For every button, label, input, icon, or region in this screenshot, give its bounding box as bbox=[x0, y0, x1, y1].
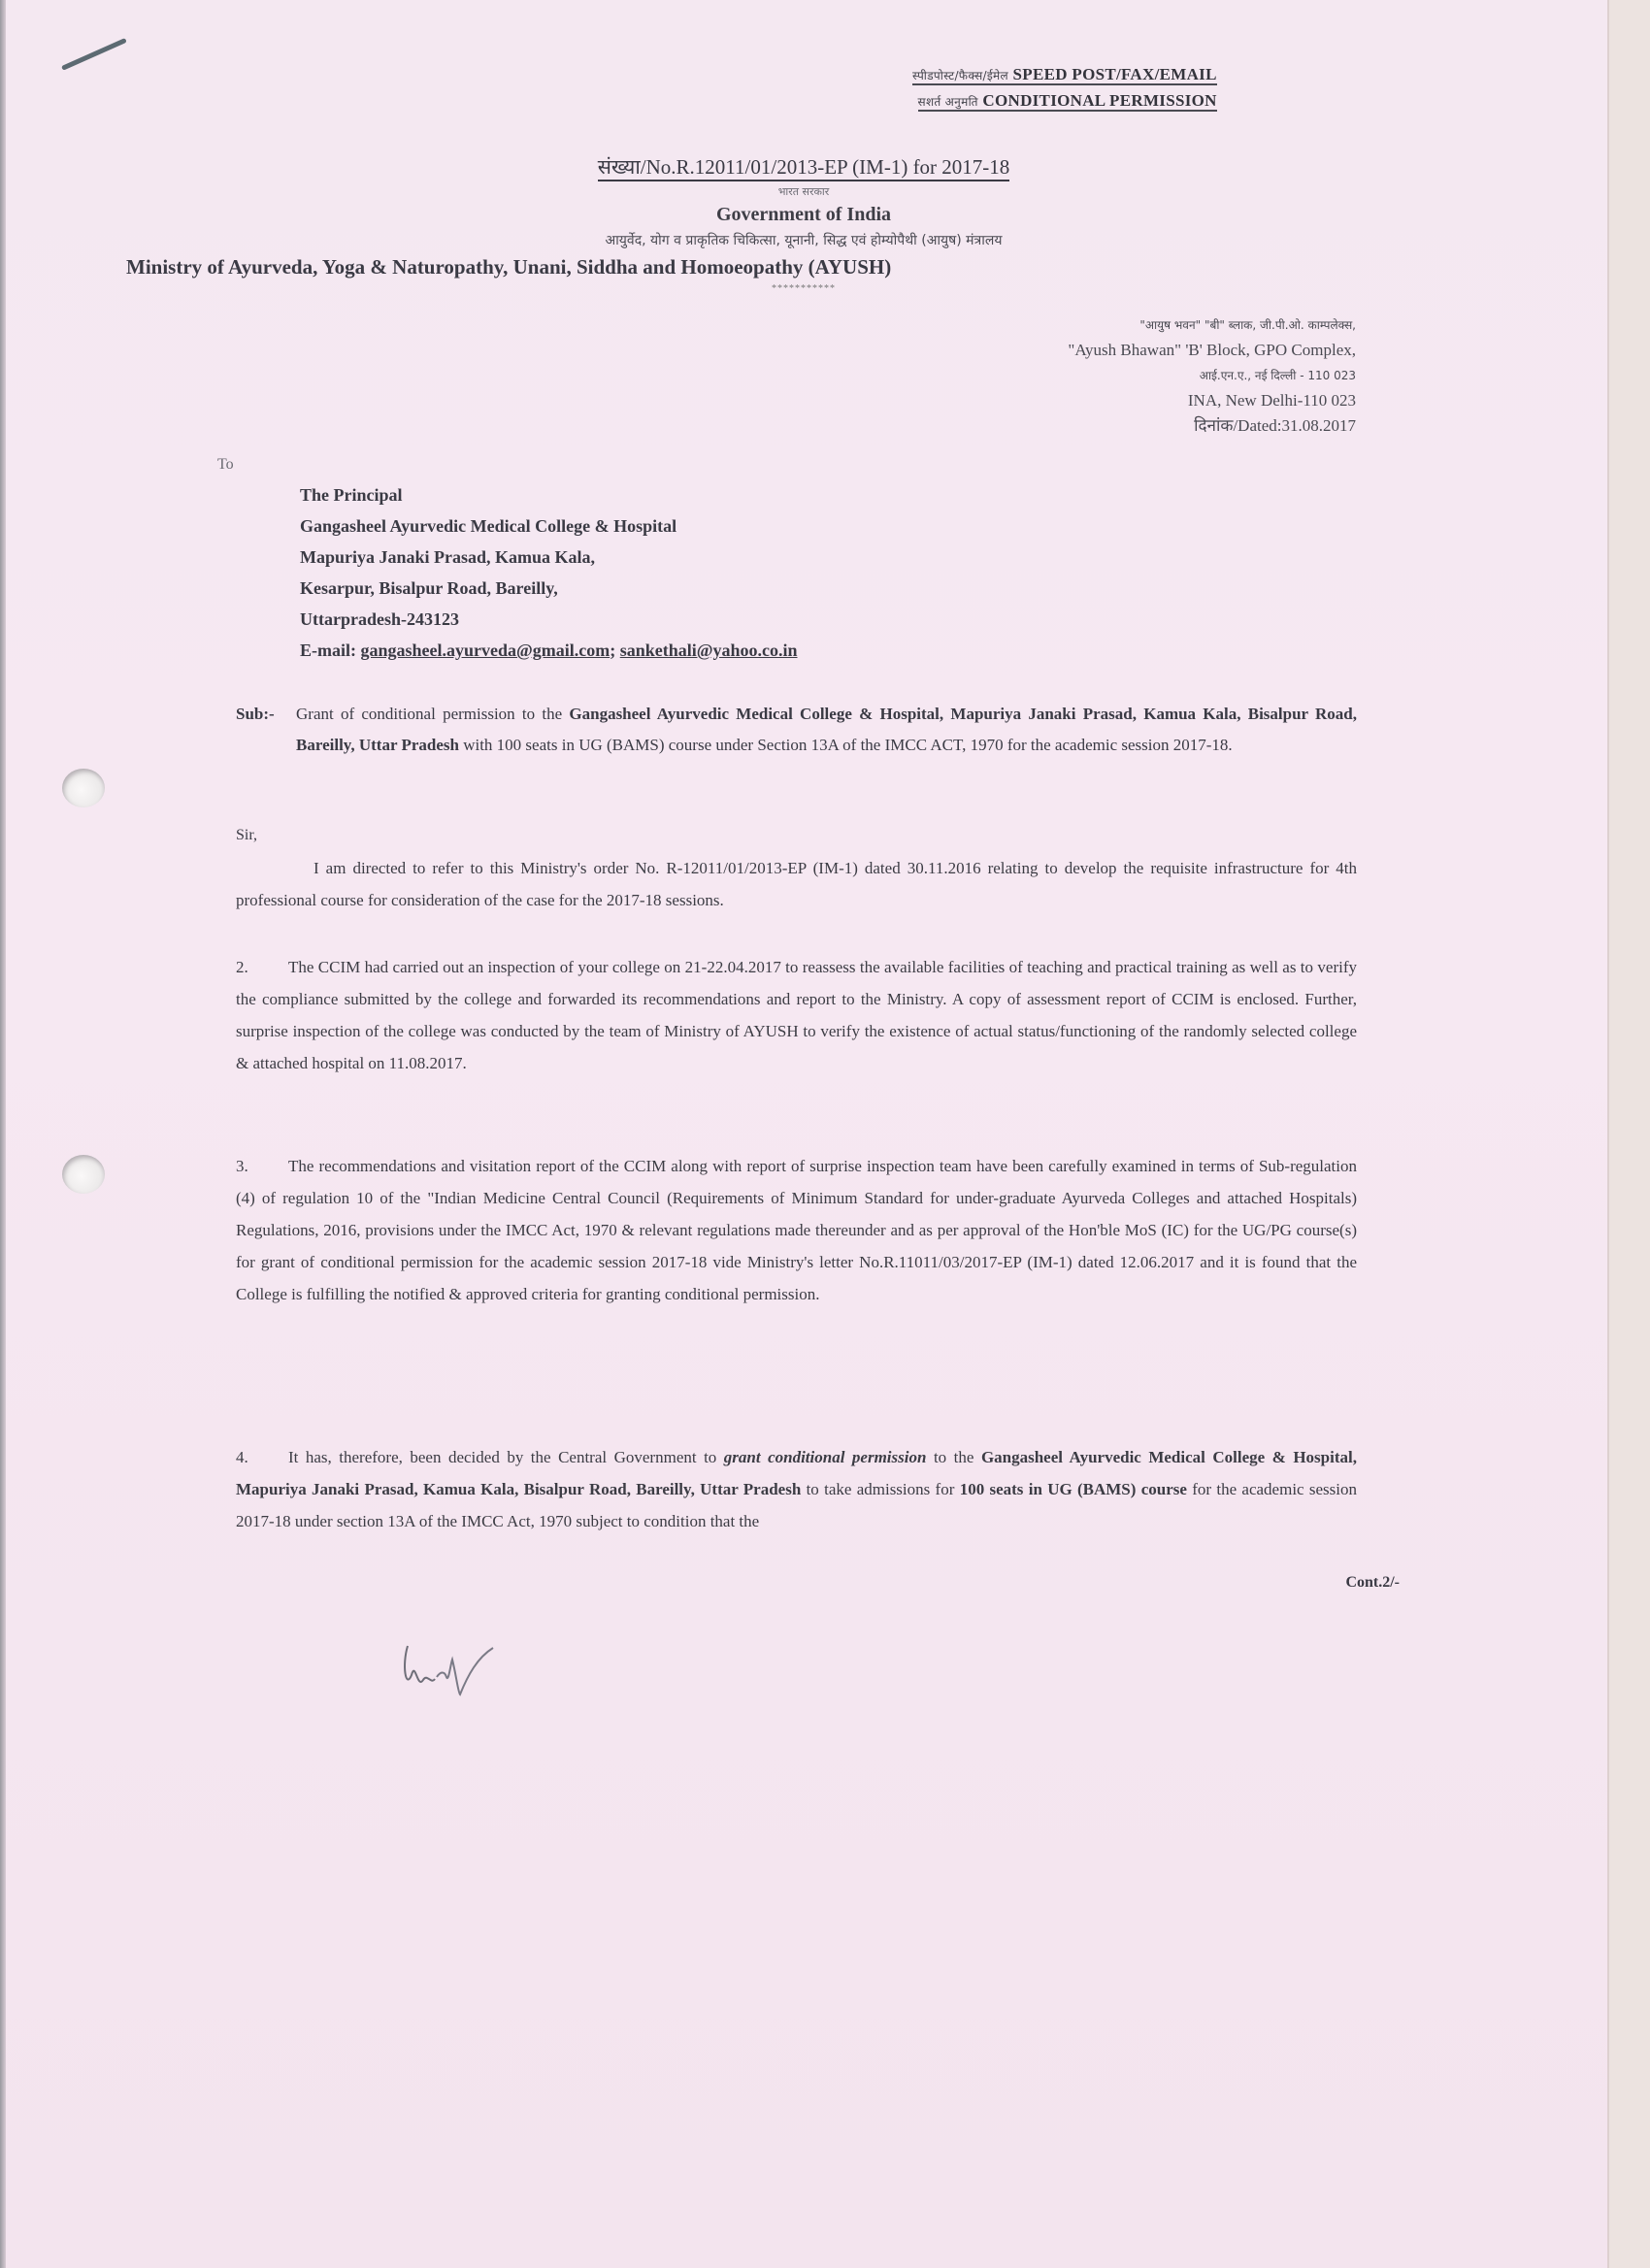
paragraph-number: 4. bbox=[236, 1441, 288, 1473]
scan-background-strip bbox=[1607, 0, 1650, 2268]
subject-text: Grant of conditional permission to the G… bbox=[296, 699, 1357, 761]
punch-hole-top bbox=[62, 769, 105, 807]
permission-type-hindi: सशर्त अनुमति bbox=[918, 95, 978, 109]
paragraph-3: 3.The recommendations and visitation rep… bbox=[236, 1150, 1357, 1310]
address-line-4: INA, New Delhi-110 023 bbox=[1068, 388, 1356, 413]
government-title: Government of India bbox=[0, 204, 1607, 226]
subject-block: Sub:- Grant of conditional permission to… bbox=[236, 699, 1357, 761]
to-label: To bbox=[217, 456, 234, 474]
page-left-edge bbox=[0, 0, 6, 2268]
address-line-2: "Ayush Bhawan" 'B' Block, GPO Complex, bbox=[1068, 338, 1356, 363]
recipient-email-line: E-mail: gangasheel.ayurveda@gmail.com; s… bbox=[300, 635, 798, 666]
email-link-1[interactable]: gangasheel.ayurveda@gmail.com bbox=[361, 641, 610, 660]
reference-number: संख्या/No.R.12011/01/2013-EP (IM-1) for … bbox=[0, 153, 1607, 181]
ministry-title: Ministry of Ayurveda, Yoga & Naturopathy… bbox=[126, 255, 891, 279]
paragraph-number: 3. bbox=[236, 1150, 288, 1182]
signature-initials bbox=[388, 1636, 505, 1704]
recipient-line: Uttarpradesh-243123 bbox=[300, 604, 798, 635]
sender-address: "आयुष भवन" "बी" ब्लाक, जी.पी.ओ. काम्पलेक… bbox=[1068, 312, 1356, 439]
date-line: दिनांक/Dated:31.08.2017 bbox=[1068, 413, 1356, 439]
document-page bbox=[0, 0, 1607, 2268]
paragraph-2: 2.The CCIM had carried out an inspection… bbox=[236, 951, 1357, 1079]
dispatch-stamp: स्पीडपोस्ट/फैक्स/ईमेल SPEED POST/FAX/EMA… bbox=[912, 62, 1217, 115]
dispatch-mode-hindi: स्पीडपोस्ट/फैक्स/ईमेल bbox=[912, 69, 1008, 82]
paragraph-number: 2. bbox=[236, 951, 288, 983]
paragraph-4: 4.It has, therefore, been decided by the… bbox=[236, 1441, 1357, 1537]
address-line-3-hindi: आई.एन.ए., नई दिल्ली - 110 023 bbox=[1068, 363, 1356, 388]
government-hindi: भारत सरकार bbox=[0, 184, 1607, 199]
permission-type: CONDITIONAL PERMISSION bbox=[982, 91, 1216, 110]
email-label: E-mail: bbox=[300, 641, 356, 660]
ministry-hindi: आयुर्वेद, योग व प्राकृतिक चिकित्सा, यूना… bbox=[0, 231, 1607, 249]
recipient-block: The Principal Gangasheel Ayurvedic Medic… bbox=[300, 479, 798, 666]
recipient-line: The Principal bbox=[300, 479, 798, 510]
email-link-2[interactable]: sankethali@yahoo.co.in bbox=[620, 641, 798, 660]
recipient-line: Kesarpur, Bisalpur Road, Bareilly, bbox=[300, 573, 798, 604]
subject-label: Sub:- bbox=[236, 699, 275, 730]
address-line-1-hindi: "आयुष भवन" "बी" ब्लाक, जी.पी.ओ. काम्पलेक… bbox=[1068, 312, 1356, 338]
paragraph-1: I am directed to refer to this Ministry'… bbox=[236, 852, 1357, 916]
separator-stars: *********** bbox=[0, 283, 1607, 294]
salutation: Sir, bbox=[236, 827, 257, 844]
punch-hole-bottom bbox=[62, 1155, 105, 1194]
recipient-line: Gangasheel Ayurvedic Medical College & H… bbox=[300, 510, 798, 542]
dispatch-mode: SPEED POST/FAX/EMAIL bbox=[1013, 65, 1217, 83]
recipient-line: Mapuriya Janaki Prasad, Kamua Kala, bbox=[300, 542, 798, 573]
continuation-note: Cont.2/- bbox=[1345, 1574, 1400, 1592]
